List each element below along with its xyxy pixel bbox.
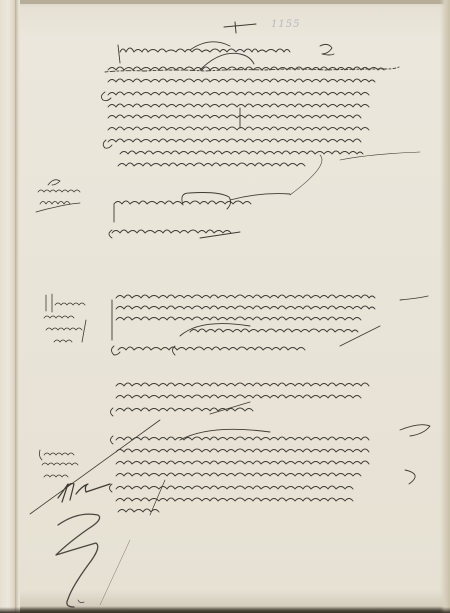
margin-note-2 bbox=[44, 294, 86, 342]
entry-5-text bbox=[110, 425, 431, 512]
large-numeral-3 bbox=[56, 514, 100, 607]
page-bottom-edge bbox=[0, 607, 450, 613]
entry-1-text bbox=[101, 42, 420, 195]
entry-3-text bbox=[112, 295, 429, 355]
margin-note-1 bbox=[36, 180, 80, 212]
manuscript-page: 1155 bbox=[0, 0, 450, 613]
cross-mark-icon bbox=[224, 22, 256, 33]
entry-2-text bbox=[109, 193, 290, 239]
margin-note-3 bbox=[39, 450, 78, 477]
entry-4-text bbox=[111, 383, 370, 416]
handwriting-layer bbox=[0, 0, 450, 613]
signature-mark bbox=[58, 484, 110, 503]
